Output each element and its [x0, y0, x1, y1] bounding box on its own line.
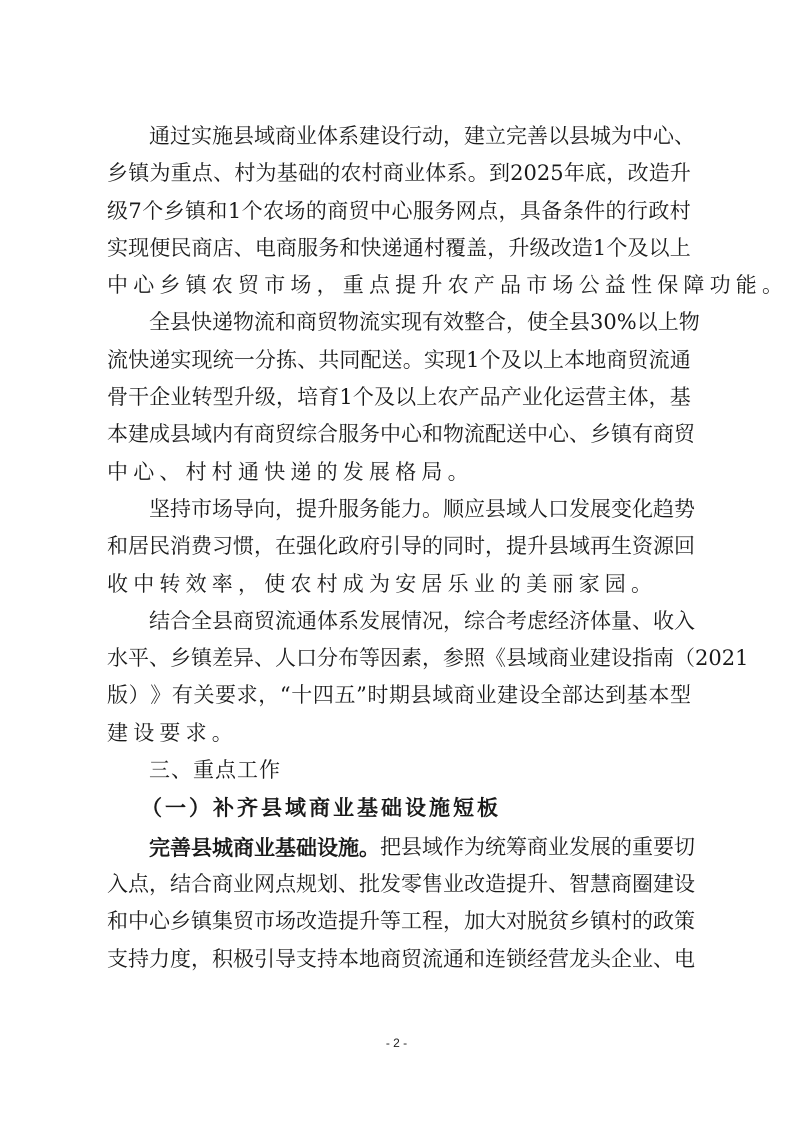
paragraph-2-line-2: 流快递实现统一分拣、共同配送。实现1个及以上本地商贸流通	[107, 342, 691, 379]
final-paragraph-line-3: 和中心乡镇集贸市场改造提升等工程，加大对脱贫乡镇村的政策	[107, 903, 691, 940]
final-paragraph-line-2: 入点，结合商业网点规划、批发零售业改造提升、智慧商圈建设	[107, 866, 691, 903]
final-paragraph-line-4: 支持力度，积极引导支持本地商贸流通和连锁经营龙头企业、电	[107, 941, 691, 978]
paragraph-1-line-3: 级7个乡镇和1个农场的商贸中心服务网点，具备条件的行政村	[107, 193, 691, 230]
paragraph-1-line-5: 中心乡镇农贸市场，重点提升农产品市场公益性保障功能。	[107, 267, 691, 304]
paragraph-2-line-3: 骨干企业转型升级，培育1个及以上农产品产业化运营主体，基	[107, 379, 691, 416]
document-body: 通过实施县域商业体系建设行动，建立完善以县城为中心、 乡镇为重点、村为基础的农村…	[107, 118, 691, 978]
subsection-heading: （一）补齐县域商业基础设施短板	[107, 789, 691, 826]
paragraph-2-line-1: 全县快递物流和商贸物流实现有效整合，使全县30%以上物	[107, 304, 691, 341]
paragraph-4-line-3: 版）》有关要求，“十四五”时期县域商业建设全部达到基本型	[107, 677, 691, 714]
paragraph-1-line-1: 通过实施县域商业体系建设行动，建立完善以县城为中心、	[107, 118, 691, 155]
paragraph-3-line-2: 和居民消费习惯，在强化政府引导的同时，提升县域再生资源回	[107, 528, 691, 565]
paragraph-4-line-4: 建设要求。	[107, 715, 691, 752]
paragraph-3-line-1: 坚持市场导向，提升服务能力。顺应县域人口发展变化趋势	[107, 491, 691, 528]
paragraph-4-line-2: 水平、乡镇差异、人口分布等因素，参照《县域商业建设指南（2021	[107, 640, 691, 677]
paragraph-1-line-2: 乡镇为重点、村为基础的农村商业体系。到2025年底，改造升	[107, 155, 691, 192]
page-number: - 2 -	[0, 1036, 793, 1050]
paragraph-4-line-1: 结合全县商贸流通体系发展情况，综合考虑经济体量、收入	[107, 603, 691, 640]
final-paragraph-line-1: 完善县城商业基础设施。把县域作为统筹商业发展的重要切	[107, 829, 691, 866]
document-page: 通过实施县域商业体系建设行动，建立完善以县城为中心、 乡镇为重点、村为基础的农村…	[0, 0, 793, 1122]
paragraph-2-line-5: 中心、村村通快递的发展格局。	[107, 454, 691, 491]
section-heading: 三、重点工作	[107, 752, 691, 789]
paragraph-2-line-4: 本建成县域内有商贸综合服务中心和物流配送中心、乡镇有商贸	[107, 416, 691, 453]
paragraph-3-line-3: 收中转效率，使农村成为安居乐业的美丽家园。	[107, 566, 691, 603]
paragraph-1-line-4: 实现便民商店、电商服务和快递通村覆盖，升级改造1个及以上	[107, 230, 691, 267]
